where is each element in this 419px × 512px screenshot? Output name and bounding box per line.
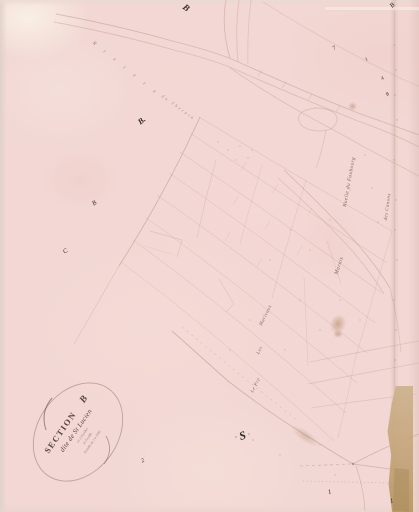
parcel-strip-lines: [74, 117, 392, 441]
river-lines: [54, 0, 419, 176]
cadastral-map-scan: R i v i e r e du Therain Ruelle du Faubo…: [0, 0, 419, 512]
road-lines: [172, 170, 419, 511]
cartouche-section-letter: B: [78, 393, 91, 405]
repair-tape-dark-patch: [393, 468, 409, 512]
